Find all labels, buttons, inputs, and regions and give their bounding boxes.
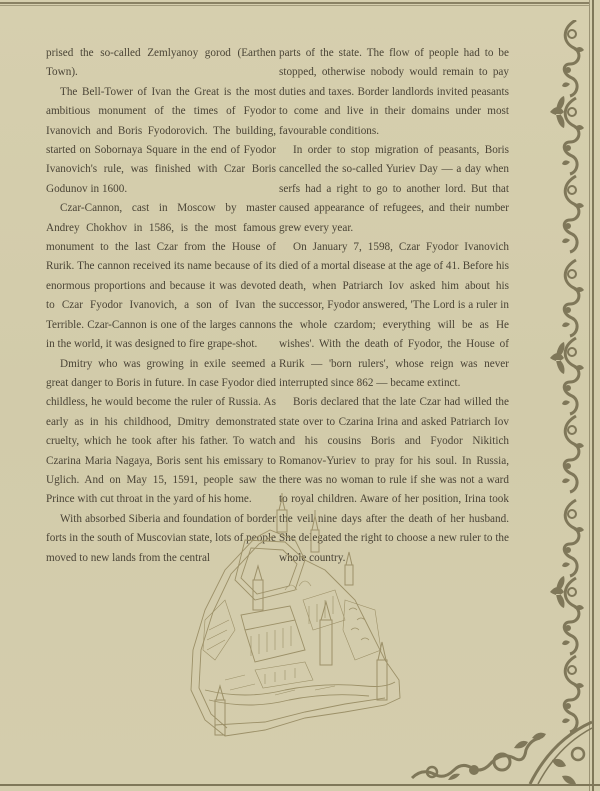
kremlin-illustration-icon <box>185 490 415 740</box>
paragraph: In order to stop migration of peasants, … <box>279 141 509 238</box>
paragraph: The Bell-Tower of Ivan the Great is the … <box>46 83 276 199</box>
paragraph: parts of the state. The flow of people h… <box>279 44 509 141</box>
book-page: prised the so-called Zemlyanoy gorod (Ea… <box>0 0 600 791</box>
right-border-rule-inner <box>589 0 590 791</box>
paragraph: On January 7, 1598, Czar Fyodor Ivanovic… <box>279 238 509 393</box>
corner-ornament-icon <box>402 720 592 785</box>
right-border-rule <box>592 0 594 791</box>
paragraph: Dmitry who was growing in exile seemed a… <box>46 355 276 510</box>
scroll-ornament-icon <box>548 20 588 740</box>
paragraph: prised the so-called Zemlyanoy gorod (Ea… <box>46 44 276 83</box>
paragraph: Czar-Cannon, cast in Moscow by master An… <box>46 199 276 354</box>
top-border-rule <box>0 2 590 4</box>
top-border-rule-inner <box>0 5 590 6</box>
